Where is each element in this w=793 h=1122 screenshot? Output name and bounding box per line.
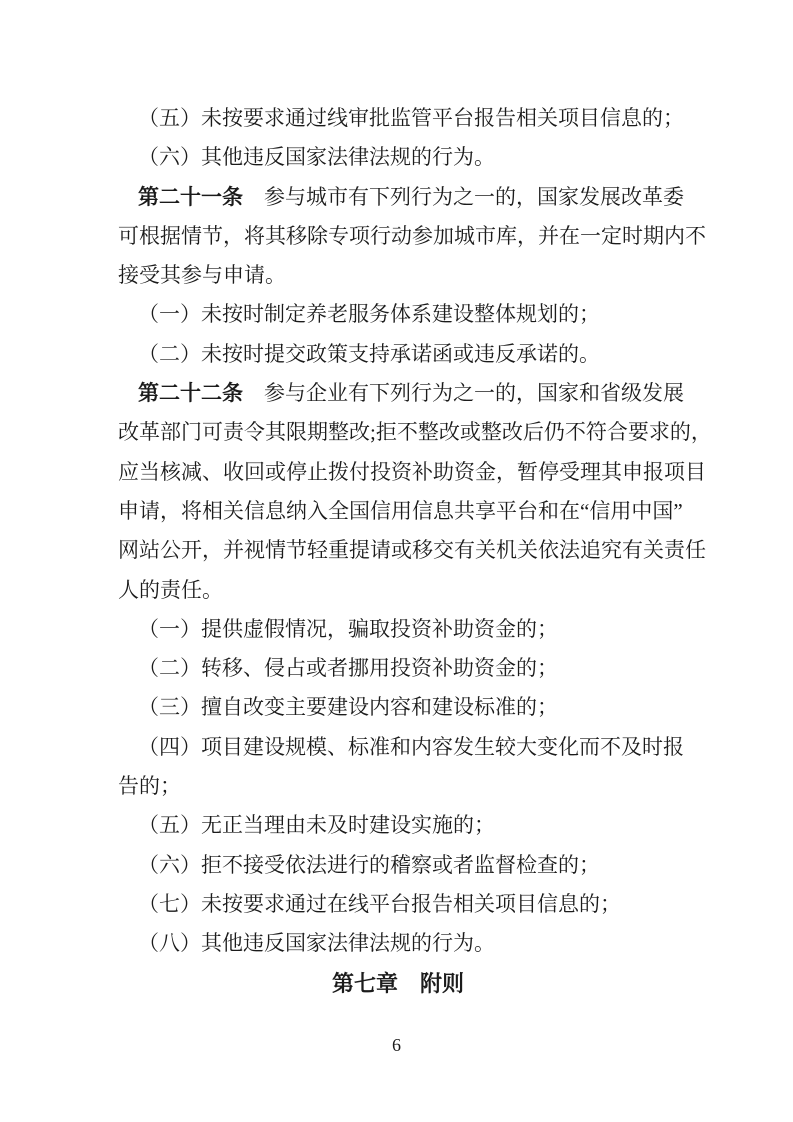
- article-number: 第二十一条: [138, 185, 243, 209]
- line-text: 参与城市有下列行为之一的，国家发展改革委: [243, 185, 684, 209]
- text-line: （六）其他违反国家法律法规的行为。: [118, 138, 678, 177]
- text-line: （一）未按时制定养老服务体系建设整体规划的；: [118, 295, 678, 334]
- text-line: （四）项目建设规模、标准和内容发生较大变化而不及时报: [118, 728, 678, 767]
- line-text: 参与企业有下列行为之一的，国家和省级发展: [243, 381, 684, 405]
- line-text: 接受其参与申请。: [118, 263, 286, 287]
- line-text: 改革部门可责令其限期整改;拒不整改或整改后仍不符合要求的，: [118, 420, 712, 444]
- text-line: 人的责任。: [118, 571, 678, 610]
- line-text: （七）未按要求通过在线平台报告相关项目信息的；: [138, 892, 621, 916]
- text-line: 申请，将相关信息纳入全国信用信息共享平台和在“信用中国”: [118, 492, 678, 531]
- line-text: （四）项目建设规模、标准和内容发生较大变化而不及时报: [138, 735, 684, 759]
- text-line-article-21: 第二十一条 参与城市有下列行为之一的，国家发展改革委: [118, 178, 678, 217]
- line-text: 应当核减、收回或停止拨付投资补助资金，暂停受理其申报项目: [118, 460, 706, 484]
- line-text: （五）无正当理由未及时建设实施的；: [138, 813, 495, 837]
- text-line: （七）未按要求通过在线平台报告相关项目信息的；: [118, 885, 678, 924]
- line-text: （一）未按时制定养老服务体系建设整体规划的；: [138, 302, 600, 326]
- article-number: 第二十二条: [138, 381, 243, 405]
- text-line: （五）未按要求通过线审批监管平台报告相关项目信息的；: [118, 99, 678, 138]
- text-line-article-22: 第二十二条 参与企业有下列行为之一的，国家和省级发展: [118, 374, 678, 413]
- text-line: （二）未按时提交政策支持承诺函或违反承诺的。: [118, 335, 678, 374]
- line-text: （六）其他违反国家法律法规的行为。: [138, 145, 495, 169]
- document-page: （五）未按要求通过线审批监管平台报告相关项目信息的； （六）其他违反国家法律法规…: [0, 0, 793, 1122]
- line-text: 网站公开，并视情节轻重提请或移交有关机关依法追究有关责任: [118, 538, 706, 562]
- line-text: （二）未按时提交政策支持承诺函或违反承诺的。: [138, 342, 600, 366]
- text-line: （五）无正当理由未及时建设实施的；: [118, 806, 678, 845]
- text-line: 可根据情节，将其移除专项行动参加城市库，并在一定时期内不: [118, 217, 678, 256]
- line-text: （一）提供虚假情况，骗取投资补助资金的；: [138, 617, 558, 641]
- text-line: （八）其他违反国家法律法规的行为。: [118, 924, 678, 963]
- text-line: （三）擅自改变主要建设内容和建设标准的；: [118, 688, 678, 727]
- line-text: （二）转移、侵占或者挪用投资补助资金的；: [138, 656, 558, 680]
- line-text: （六）拒不接受依法进行的稽察或者监督检查的；: [138, 853, 600, 877]
- text-line: 网站公开，并视情节轻重提请或移交有关机关依法追究有关责任: [118, 531, 678, 570]
- text-line: （六）拒不接受依法进行的稽察或者监督检查的；: [118, 846, 678, 885]
- text-line: （一）提供虚假情况，骗取投资补助资金的；: [118, 610, 678, 649]
- line-text: 人的责任。: [118, 578, 223, 602]
- line-text: （三）擅自改变主要建设内容和建设标准的；: [138, 695, 558, 719]
- document-body: （五）未按要求通过线审批监管平台报告相关项目信息的； （六）其他违反国家法律法规…: [118, 99, 678, 1003]
- text-line: 改革部门可责令其限期整改;拒不整改或整改后仍不符合要求的，: [118, 413, 678, 452]
- text-line: 接受其参与申请。: [118, 256, 678, 295]
- line-text: （五）未按要求通过线审批监管平台报告相关项目信息的；: [138, 106, 684, 130]
- line-text: 申请，将相关信息纳入全国信用信息共享平台和在“信用中国”: [118, 499, 683, 523]
- chapter-heading: 第七章 附则: [118, 964, 678, 1003]
- line-text: （八）其他违反国家法律法规的行为。: [138, 931, 495, 955]
- line-text: 告的；: [118, 774, 181, 798]
- text-line: （二）转移、侵占或者挪用投资补助资金的；: [118, 649, 678, 688]
- text-line: 告的；: [118, 767, 678, 806]
- text-line: 应当核减、收回或停止拨付投资补助资金，暂停受理其申报项目: [118, 453, 678, 492]
- line-text: 可根据情节，将其移除专项行动参加城市库，并在一定时期内不: [118, 224, 706, 248]
- page-number: 6: [0, 1033, 793, 1057]
